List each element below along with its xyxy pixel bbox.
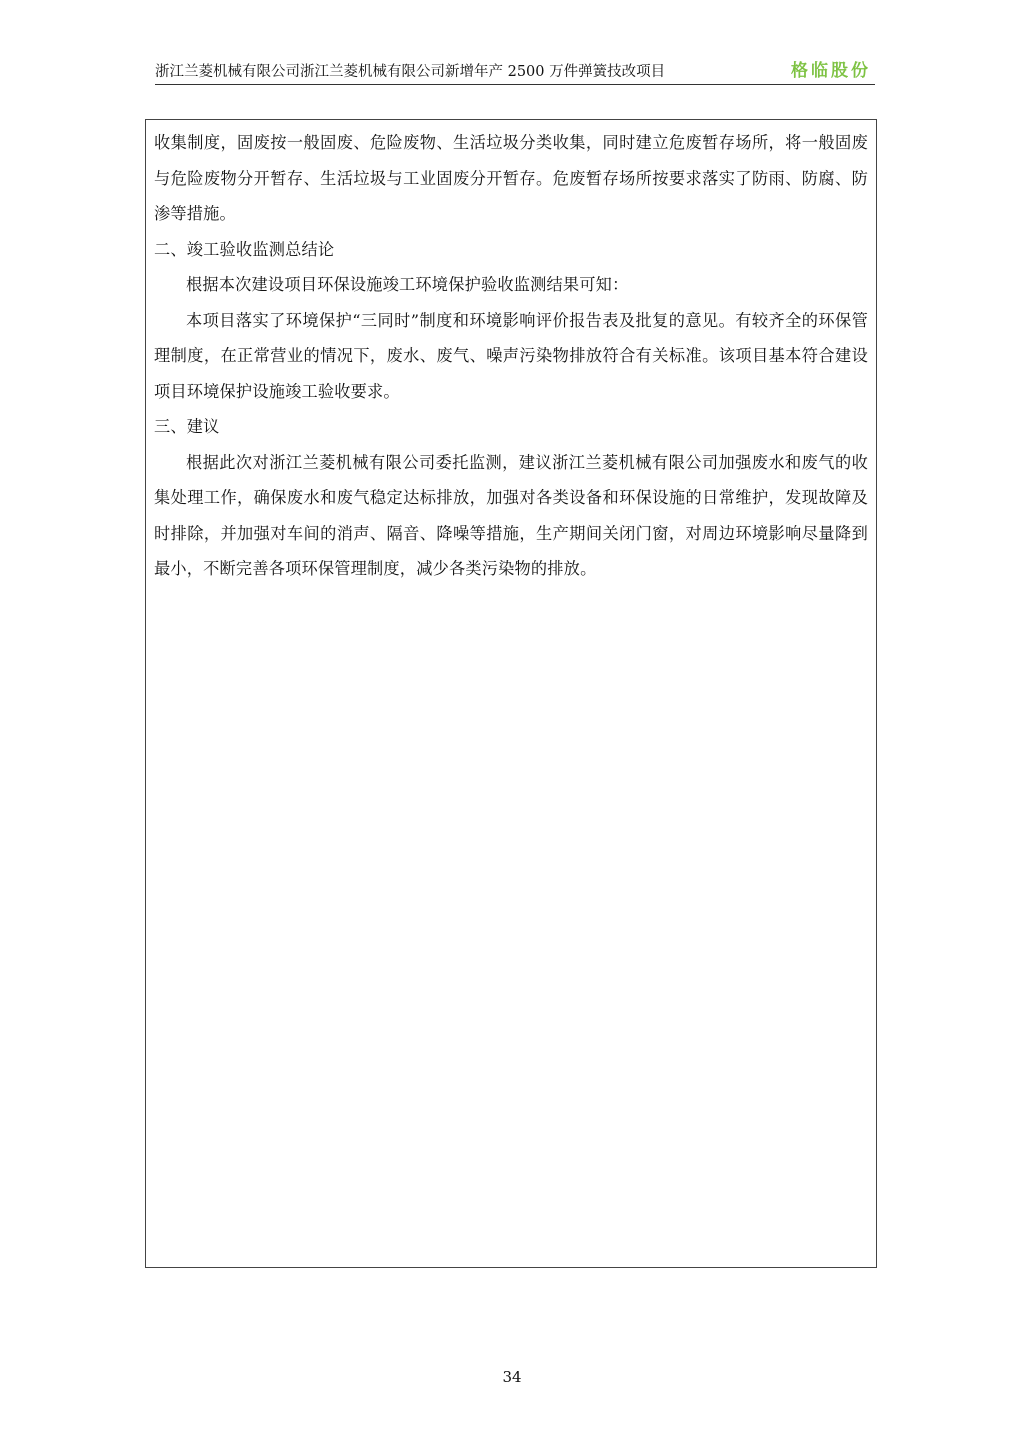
page-number: 34 bbox=[0, 1368, 1024, 1386]
section-heading-conclusion: 二、竣工验收监测总结论 bbox=[154, 232, 868, 268]
content-body: 收集制度，固废按一般固废、危险废物、生活垃圾分类收集，同时建立危废暂存场所，将一… bbox=[154, 125, 868, 587]
content-frame: 收集制度，固废按一般固废、危险废物、生活垃圾分类收集，同时建立危废暂存场所，将一… bbox=[145, 119, 877, 1268]
paragraph-conclusion: 本项目落实了环境保护“三同时”制度和环境影响评价报告表及批复的意见。有较齐全的环… bbox=[154, 303, 868, 410]
page-header: 浙江兰菱机械有限公司浙江兰菱机械有限公司新增年产 2500 万件弹簧技改项目 格… bbox=[155, 58, 875, 85]
company-logo: 格临股份 bbox=[791, 56, 871, 81]
paragraph-suggestions: 根据此次对浙江兰菱机械有限公司委托监测，建议浙江兰菱机械有限公司加强废水和废气的… bbox=[154, 445, 868, 587]
document-title: 浙江兰菱机械有限公司浙江兰菱机械有限公司新增年产 2500 万件弹簧技改项目 bbox=[155, 60, 665, 81]
paragraph-monitoring-result-intro: 根据本次建设项目环保设施竣工环境保护验收监测结果可知： bbox=[154, 267, 868, 303]
section-heading-suggestions: 三、建议 bbox=[154, 409, 868, 445]
paragraph-waste-collection: 收集制度，固废按一般固废、危险废物、生活垃圾分类收集，同时建立危废暂存场所，将一… bbox=[154, 125, 868, 232]
